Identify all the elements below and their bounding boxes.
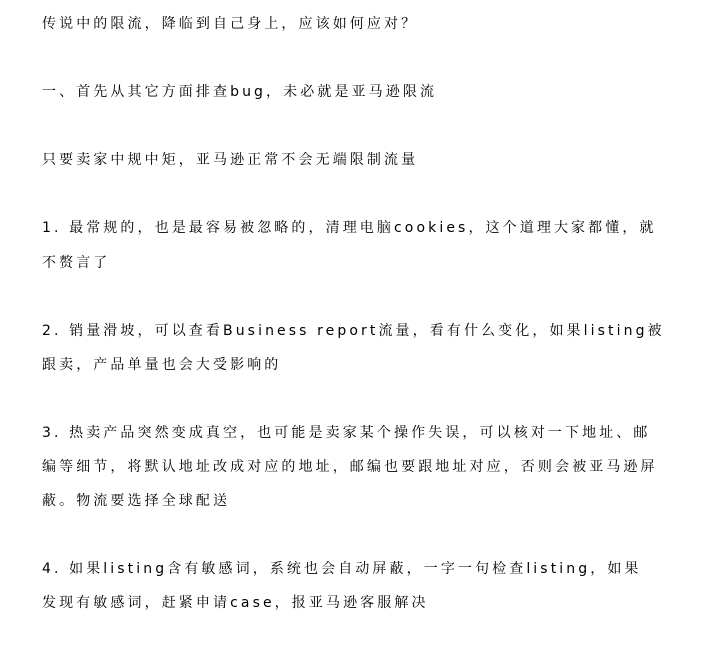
list-item-line: 发现有敏感词，赶紧申请case，报亚马逊客服解决 xyxy=(42,594,429,612)
section-heading: 一、首先从其它方面排查bug，未必就是亚马逊限流 xyxy=(42,83,437,101)
intro-paragraph: 只要卖家中规中矩，亚马逊正常不会无端限制流量 xyxy=(42,151,418,169)
list-item-line: 4. 如果listing含有敏感词，系统也会自动屏蔽，一字一句检查listing… xyxy=(42,560,642,578)
list-item-line: 蔽。物流要选择全球配送 xyxy=(42,492,230,510)
list-item-line: 不赘言了 xyxy=(42,254,110,272)
article-title: 传说中的限流，降临到自己身上，应该如何应对？ xyxy=(42,15,418,33)
list-item-line: 2. 销量滑坡，可以查看Business report流量，看有什么变化，如果l… xyxy=(42,322,665,340)
list-item-line: 1. 最常规的，也是最容易被忽略的，清理电脑cookies，这个道理大家都懂，就 xyxy=(42,219,657,237)
list-item-line: 3. 热卖产品突然变成真空，也可能是卖家某个操作失误，可以核对一下地址、邮 xyxy=(42,424,651,442)
list-item-line: 跟卖，产品单量也会大受影响的 xyxy=(42,356,281,374)
list-item-line: 编等细节，将默认地址改成对应的地址，邮编也要跟地址对应，否则会被亚马逊屏 xyxy=(42,458,658,476)
